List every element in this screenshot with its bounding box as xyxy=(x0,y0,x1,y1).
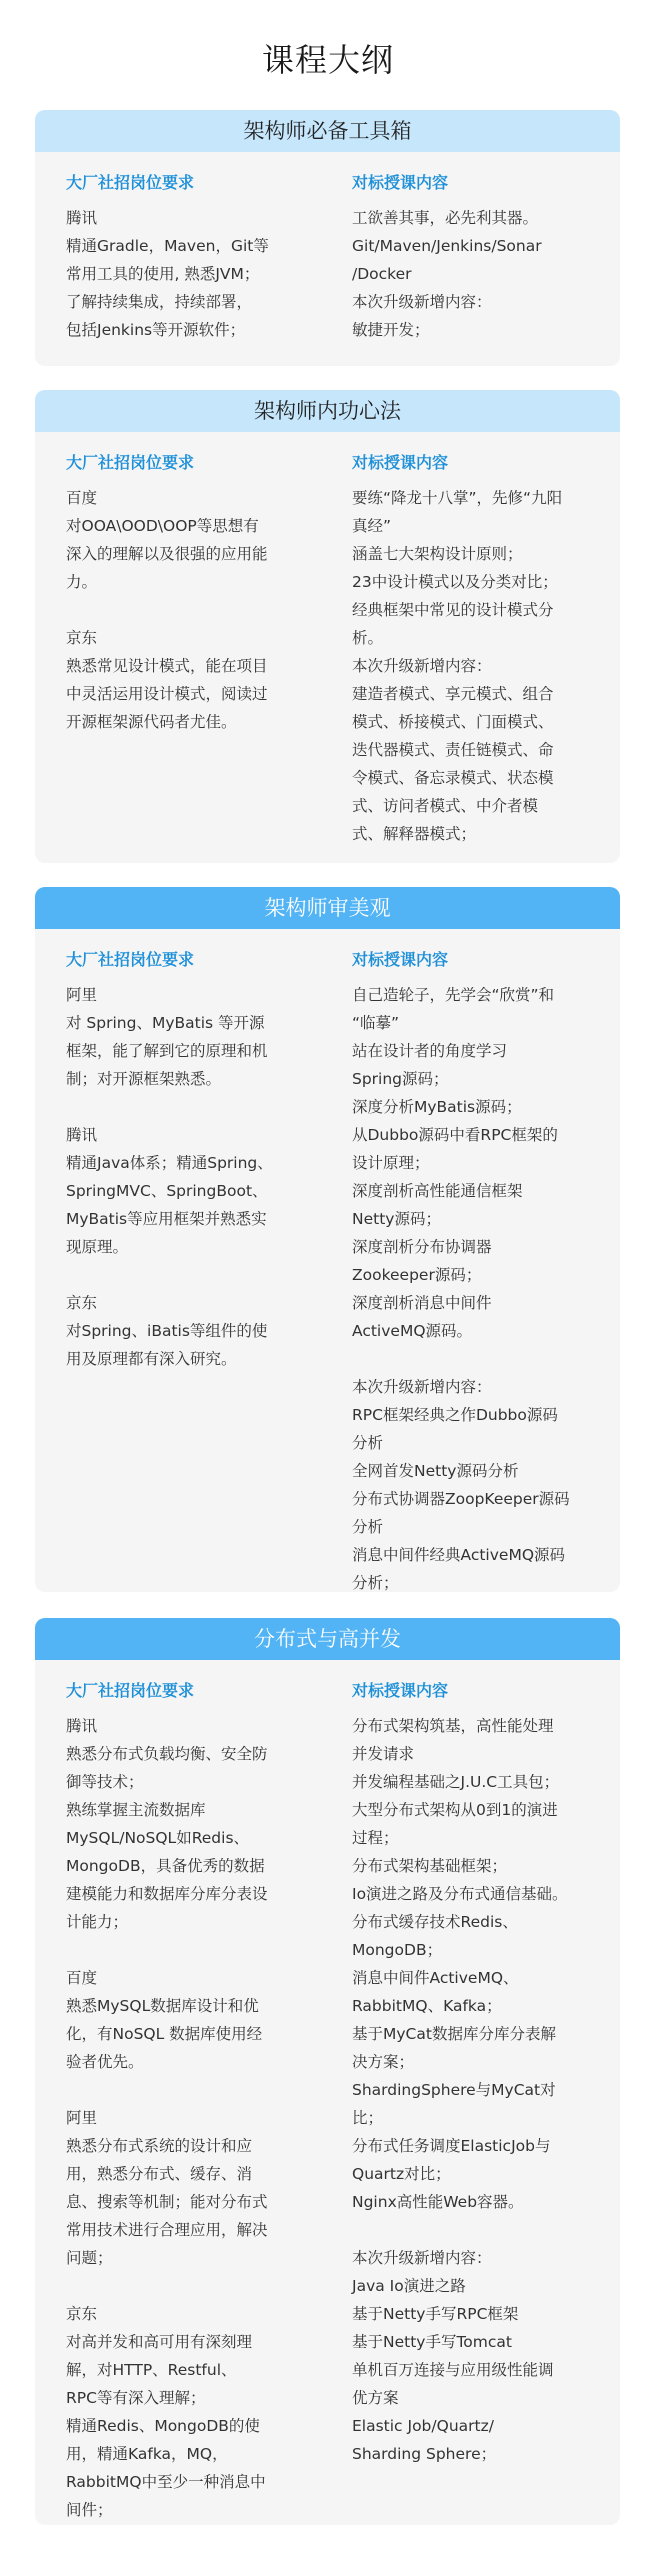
text-line: 熟悉分布式负载均衡、安全防 xyxy=(66,1740,331,1768)
job-requirements-column: 大厂社招岗位要求 腾讯精通Gradle，Maven，Git等常用工具的使用, 熟… xyxy=(66,172,331,344)
text-line: 模式、桥接模式、门面模式、 xyxy=(352,708,602,736)
text-line: Git/Maven/Jenkins/Sonar xyxy=(352,232,602,260)
text-line: 百度 xyxy=(66,484,331,512)
text-line: 腾讯 xyxy=(66,1712,331,1740)
text-line: 工欲善其事，必先利其器。 xyxy=(352,204,602,232)
text-line: 精通Java体系；精通Spring、 xyxy=(66,1149,331,1177)
text-line: 分布式架构基础框架； xyxy=(352,1852,602,1880)
text-line: 大型分布式架构从0到1的演进 xyxy=(352,1796,602,1824)
text-line: Nginx高性能Web容器。 xyxy=(352,2188,602,2216)
text-line xyxy=(66,1261,331,1289)
text-line: 用，精通Kafka，MQ， xyxy=(66,2440,331,2468)
text-line: 分析； xyxy=(352,1569,602,1592)
job-requirements-column: 大厂社招岗位要求 阿里对 Spring、MyBatis 等开源框架，能了解到它的… xyxy=(66,949,331,1373)
text-line: 本次升级新增内容： xyxy=(352,1373,602,1401)
text-line xyxy=(66,1093,331,1121)
text-line: 分布式协调器ZoopKeeper源码 xyxy=(352,1485,602,1513)
text-line: 本次升级新增内容： xyxy=(352,652,602,680)
course-content-heading: 对标授课内容 xyxy=(352,172,602,194)
text-line: 基于Netty手写Tomcat xyxy=(352,2328,602,2356)
text-line: 框架，能了解到它的原理和机 xyxy=(66,1037,331,1065)
text-line: 建造者模式、享元模式、组合 xyxy=(352,680,602,708)
text-line: 消息中间件经典ActiveMQ源码 xyxy=(352,1541,602,1569)
text-line: 常用技术进行合理应用，解决 xyxy=(66,2216,331,2244)
text-line: /Docker xyxy=(352,260,602,288)
text-line: 并发编程基础之J.U.C工具包； xyxy=(352,1768,602,1796)
course-content-heading: 对标授课内容 xyxy=(352,452,602,474)
course-content-heading: 对标授课内容 xyxy=(352,949,602,971)
text-line: 熟悉常见设计模式，能在项目 xyxy=(66,652,331,680)
text-line: RabbitMQ中至少一种消息中 xyxy=(66,2468,331,2496)
text-line: RPC框架经典之作Dubbo源码 xyxy=(352,1401,602,1429)
text-line xyxy=(352,2216,602,2244)
text-line: 计能力； xyxy=(66,1908,331,1936)
text-line: 本次升级新增内容： xyxy=(352,288,602,316)
text-line: 建模能力和数据库分库分表设 xyxy=(66,1880,331,1908)
text-line: 制；对开源框架熟悉。 xyxy=(66,1065,331,1093)
text-line: Spring源码； xyxy=(352,1065,602,1093)
text-line: 敏捷开发； xyxy=(352,316,602,344)
text-line: 式、访问者模式、中介者模 xyxy=(352,792,602,820)
text-line: 23中设计模式以及分类对比； xyxy=(352,568,602,596)
text-line: 腾讯 xyxy=(66,1121,331,1149)
text-line: MongoDB，具备优秀的数据 xyxy=(66,1852,331,1880)
text-line: 百度 xyxy=(66,1964,331,1992)
course-content-column: 对标授课内容 自己造轮子，先学会“欣赏”和“临摹”站在设计者的角度学习Sprin… xyxy=(352,949,602,1592)
text-line: 站在设计者的角度学习 xyxy=(352,1037,602,1065)
text-line: 基于MyCat数据库分库分表解 xyxy=(352,2020,602,2048)
text-line: 分布式任务调度ElasticJob与 xyxy=(352,2132,602,2160)
text-line: 全网首发Netty源码分析 xyxy=(352,1457,602,1485)
text-line: 分析 xyxy=(352,1429,602,1457)
text-line: 从Dubbo源码中看RPC框架的 xyxy=(352,1121,602,1149)
job-requirements-heading: 大厂社招岗位要求 xyxy=(66,1680,331,1702)
text-line: 包括Jenkins等开源软件； xyxy=(66,316,331,344)
text-line: 深度剖析高性能通信框架 xyxy=(352,1177,602,1205)
text-line: 决方案； xyxy=(352,2048,602,2076)
text-line: 经典框架中常见的设计模式分 xyxy=(352,596,602,624)
text-line: 真经” xyxy=(352,512,602,540)
text-line: Io演进之路及分布式通信基础。 xyxy=(352,1880,602,1908)
text-line: 中灵活运用设计模式，阅读过 xyxy=(66,680,331,708)
text-line: MyBatis等应用框架并熟悉实 xyxy=(66,1205,331,1233)
text-line: 比； xyxy=(352,2104,602,2132)
section-title: 架构师内功心法 xyxy=(35,390,620,432)
text-line: 自己造轮子，先学会“欣赏”和 xyxy=(352,981,602,1009)
text-line: 腾讯 xyxy=(66,204,331,232)
job-requirements-column: 大厂社招岗位要求 百度对OOA\OOD\OOP等思想有深入的理解以及很强的应用能… xyxy=(66,452,331,736)
text-line: 息、搜索等机制；能对分布式 xyxy=(66,2188,331,2216)
text-line: 析。 xyxy=(352,624,602,652)
text-line: 京东 xyxy=(66,624,331,652)
text-line: 熟练掌握主流数据库 xyxy=(66,1796,331,1824)
text-line: Zookeeper源码； xyxy=(352,1261,602,1289)
text-line: 对 Spring、MyBatis 等开源 xyxy=(66,1009,331,1037)
text-line: 式、解释器模式； xyxy=(352,820,602,848)
text-line: 精通Redis、MongoDB的使 xyxy=(66,2412,331,2440)
text-line: 御等技术； xyxy=(66,1768,331,1796)
text-line: 现原理。 xyxy=(66,1233,331,1261)
section-title: 架构师必备工具箱 xyxy=(35,110,620,152)
text-line: 熟悉MySQL数据库设计和优 xyxy=(66,1992,331,2020)
text-line: RabbitMQ、Kafka； xyxy=(352,1992,602,2020)
text-line: 用，熟悉分布式、缓存、消 xyxy=(66,2160,331,2188)
job-requirements-heading: 大厂社招岗位要求 xyxy=(66,452,331,474)
text-line: ActiveMQ源码。 xyxy=(352,1317,602,1345)
text-line: Elastic Job/Quartz/ xyxy=(352,2412,602,2440)
text-line xyxy=(352,1345,602,1373)
text-line: 化，有NoSQL 数据库使用经 xyxy=(66,2020,331,2048)
text-line: 深度剖析消息中间件 xyxy=(352,1289,602,1317)
text-line: 力。 xyxy=(66,568,331,596)
text-line: Netty源码； xyxy=(352,1205,602,1233)
text-line: 解，对HTTP、Restful、 xyxy=(66,2356,331,2384)
text-line xyxy=(66,596,331,624)
text-line: 消息中间件ActiveMQ、 xyxy=(352,1964,602,1992)
text-line: 迭代器模式、责任链模式、命 xyxy=(352,736,602,764)
section-card-aesthetics: 架构师审美观 大厂社招岗位要求 阿里对 Spring、MyBatis 等开源框架… xyxy=(35,887,620,1592)
text-line: 分布式架构筑基，高性能处理 xyxy=(352,1712,602,1740)
text-line: 本次升级新增内容： xyxy=(352,2244,602,2272)
text-line: Sharding Sphere； xyxy=(352,2440,602,2468)
text-line: 基于Netty手写RPC框架 xyxy=(352,2300,602,2328)
text-line: 常用工具的使用, 熟悉JVM； xyxy=(66,260,331,288)
text-line: 用及原理都有深入研究。 xyxy=(66,1345,331,1373)
text-line: ShardingSphere与MyCat对 xyxy=(352,2076,602,2104)
text-line: 开源框架源代码者尤佳。 xyxy=(66,708,331,736)
text-line: 熟悉分布式系统的设计和应 xyxy=(66,2132,331,2160)
text-line: 分析 xyxy=(352,1513,602,1541)
text-line: 问题； xyxy=(66,2244,331,2272)
text-line: 验者优先。 xyxy=(66,2048,331,2076)
text-line: 京东 xyxy=(66,1289,331,1317)
text-line xyxy=(66,1936,331,1964)
text-line: 阿里 xyxy=(66,2104,331,2132)
text-line: 设计原理； xyxy=(352,1149,602,1177)
text-line: MongoDB； xyxy=(352,1936,602,1964)
text-line: 了解持续集成，持续部署， xyxy=(66,288,331,316)
text-line: 深入的理解以及很强的应用能 xyxy=(66,540,331,568)
course-content-column: 对标授课内容 工欲善其事，必先利其器。Git/Maven/Jenkins/Son… xyxy=(352,172,602,344)
text-line: 精通Gradle，Maven，Git等 xyxy=(66,232,331,260)
course-content-heading: 对标授课内容 xyxy=(352,1680,602,1702)
text-line: 要练“降龙十八掌”，先修“九阳 xyxy=(352,484,602,512)
text-line: 间件； xyxy=(66,2496,331,2524)
text-line: Quartz对比； xyxy=(352,2160,602,2188)
course-content-column: 对标授课内容 分布式架构筑基，高性能处理并发请求并发编程基础之J.U.C工具包；… xyxy=(352,1680,602,2468)
text-line: 对高并发和高可用有深刻理 xyxy=(66,2328,331,2356)
section-card-distributed: 分布式与高并发 大厂社招岗位要求 腾讯熟悉分布式负载均衡、安全防御等技术；熟练掌… xyxy=(35,1618,620,2525)
course-content-column: 对标授课内容 要练“降龙十八掌”，先修“九阳真经”涵盖七大架构设计原则；23中设… xyxy=(352,452,602,848)
section-card-toolbox: 架构师必备工具箱 大厂社招岗位要求 腾讯精通Gradle，Maven，Git等常… xyxy=(35,110,620,366)
text-line: MySQL/NoSQL如Redis、 xyxy=(66,1824,331,1852)
text-line: 单机百万连接与应用级性能调 xyxy=(352,2356,602,2384)
text-line: RPC等有深入理解； xyxy=(66,2384,331,2412)
page-title: 课程大纲 xyxy=(0,38,656,82)
text-line: 深度剖析分布协调器 xyxy=(352,1233,602,1261)
job-requirements-column: 大厂社招岗位要求 腾讯熟悉分布式负载均衡、安全防御等技术；熟练掌握主流数据库My… xyxy=(66,1680,331,2524)
text-line: 分布式缓存技术Redis、 xyxy=(352,1908,602,1936)
job-requirements-heading: 大厂社招岗位要求 xyxy=(66,949,331,971)
text-line: 涵盖七大架构设计原则； xyxy=(352,540,602,568)
section-title: 架构师审美观 xyxy=(35,887,620,929)
text-line: 优方案 xyxy=(352,2384,602,2412)
text-line xyxy=(66,2272,331,2300)
text-line: SpringMVC、SpringBoot、 xyxy=(66,1177,331,1205)
text-line: Java Io演进之路 xyxy=(352,2272,602,2300)
text-line: 过程； xyxy=(352,1824,602,1852)
text-line: 令模式、备忘录模式、状态模 xyxy=(352,764,602,792)
job-requirements-heading: 大厂社招岗位要求 xyxy=(66,172,331,194)
text-line: 对OOA\OOD\OOP等思想有 xyxy=(66,512,331,540)
text-line: “临摹” xyxy=(352,1009,602,1037)
text-line: 并发请求 xyxy=(352,1740,602,1768)
text-line: 阿里 xyxy=(66,981,331,1009)
section-title: 分布式与高并发 xyxy=(35,1618,620,1660)
text-line: 京东 xyxy=(66,2300,331,2328)
text-line: 对Spring、iBatis等组件的使 xyxy=(66,1317,331,1345)
section-card-internal-skills: 架构师内功心法 大厂社招岗位要求 百度对OOA\OOD\OOP等思想有深入的理解… xyxy=(35,390,620,863)
text-line: 深度分析MyBatis源码； xyxy=(352,1093,602,1121)
text-line xyxy=(66,2076,331,2104)
